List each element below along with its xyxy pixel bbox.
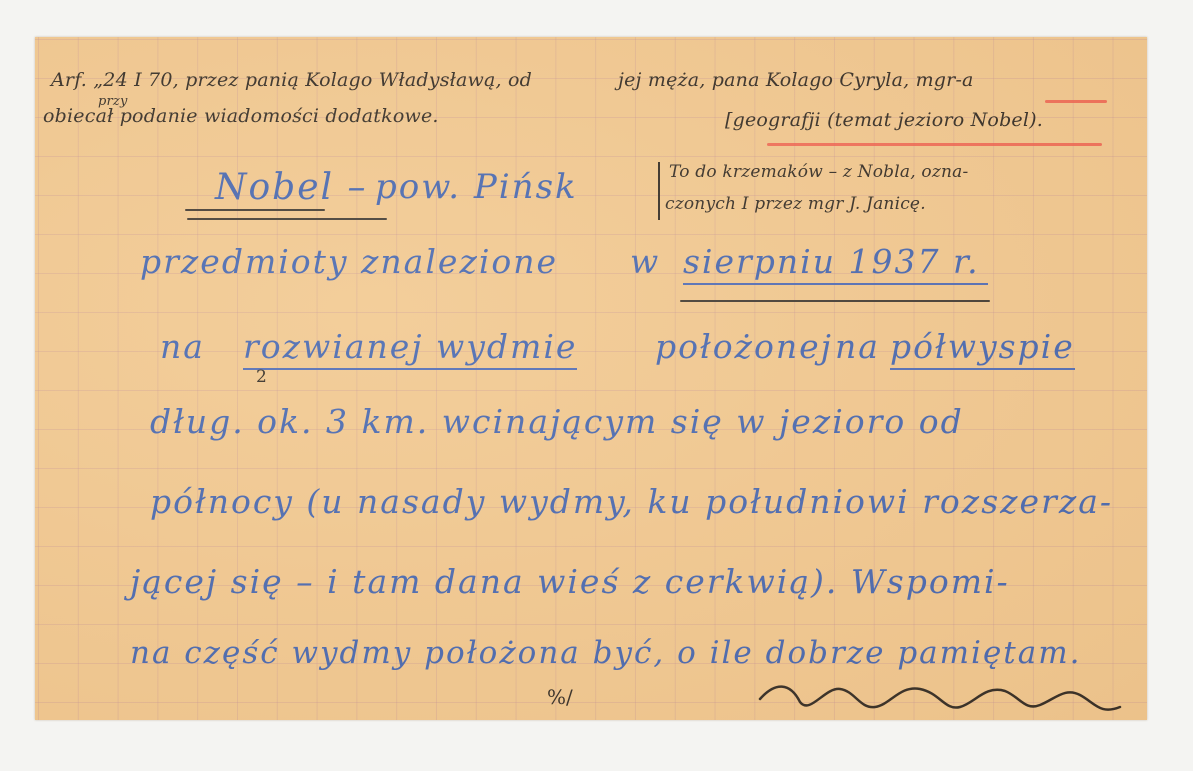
index-card: Arf. „24 I 70, przez panią Kolago Władys…: [35, 37, 1147, 720]
red-underline-mgr: [1045, 100, 1107, 103]
red-underline-geografji: [767, 143, 1102, 146]
body-line-3: dług. ok. 3 km. wcinającym się w jezioro…: [150, 402, 964, 441]
side-note-line1: To do krzemaków – z Nobla, ozna-: [669, 162, 968, 182]
side-note-divider: [658, 162, 660, 220]
body-line-1b: w: [630, 242, 660, 281]
title-underline-1: [185, 209, 325, 211]
title-underline-2: [187, 218, 387, 220]
header-note-line2-left: obiecał podanie wiadomości dodatkowe.: [43, 105, 439, 127]
header-note-line1-right: jej męża, pana Kolago Cyryla, mgr-a: [618, 69, 974, 91]
body-line-4: północy (u nasady wydmy, ku południowi r…: [150, 482, 1113, 521]
superscript-2: 2: [256, 367, 267, 387]
body-line-1-pencil-underline: [680, 300, 990, 302]
body-line-1c: sierpniu 1937 r.: [683, 242, 988, 285]
header-note-line1-left: Arf. „24 I 70, przez panią Kolago Władys…: [51, 69, 532, 91]
body-line-2c: położonej: [655, 327, 833, 366]
header-note-line2-right: [geografji (temat jezioro Nobel).: [725, 109, 1043, 131]
title-place: Nobel –: [215, 167, 367, 208]
title-district: pow. Pińsk: [375, 167, 578, 207]
body-line-2a: na: [160, 327, 205, 366]
bottom-mark: %/: [547, 685, 573, 709]
body-line-6: na część wydmy położona być, o ile dobrz…: [130, 635, 1082, 671]
body-line-1a: przedmioty znalezione: [140, 242, 558, 281]
body-line-2e: półwyspie: [890, 327, 1075, 370]
side-note-line2: czonych I przez mgr J. Janicę.: [665, 194, 926, 214]
body-line-2d: na: [835, 327, 880, 366]
body-line-2b: rozwianej wydmie: [243, 327, 577, 370]
body-line-5: jącej się – i tam dana wieś z cerkwią). …: [130, 562, 1010, 601]
wavy-underline-icon: [755, 677, 1135, 717]
